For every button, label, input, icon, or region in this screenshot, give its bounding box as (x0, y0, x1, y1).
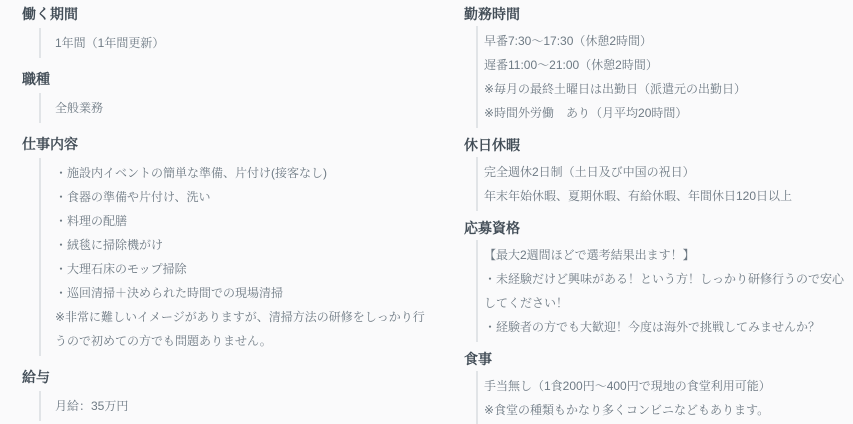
body-line: うので初めての方でも問題ありません。 (55, 329, 432, 353)
section-holidays: 休日休暇 完全週休2日制（土日及び中国の祝日） 年末年始休暇、夏期休暇、有給休暇… (464, 138, 853, 211)
section-body: 早番7:30～17:30（休憩2時間） 遅番11:00～21:00（休憩2時間）… (476, 26, 853, 128)
body-line: ・未経験だけど興味がある！という方！しっかり研修行うので安心 (484, 267, 853, 291)
section-job-type: 職種 全般業務 (22, 72, 432, 123)
body-line: ※非常に難しいイメージがありますが、清掃方法の研修をしっかり行 (55, 305, 432, 329)
section-body: 【最大2週間ほどで選考結果出ます！】 ・未経験だけど興味がある！という方！しっか… (476, 240, 853, 342)
section-heading: 勤務時間 (464, 7, 853, 22)
section-heading: 応募資格 (464, 221, 853, 236)
section-heading: 働く期間 (22, 7, 432, 22)
body-line: 完全週休2日制（土日及び中国の祝日） (484, 160, 853, 184)
body-line: ・絨毯に掃除機がけ (55, 233, 432, 257)
section-work-period: 働く期間 1年間（1年間更新） (22, 7, 432, 58)
job-description-panel: 働く期間 1年間（1年間更新） 職種 全般業務 仕事内容 ・施設内イベントの簡単… (0, 0, 853, 424)
body-line: 【最大2週間ほどで選考結果出ます！】 (484, 243, 853, 267)
body-line: ・食器の準備や片付け、洗い (55, 185, 432, 209)
section-heading: 仕事内容 (22, 137, 432, 152)
body-line: ※毎月の最終土曜日は出勤日（派遣元の出勤日） (484, 77, 853, 101)
column-left: 働く期間 1年間（1年間更新） 職種 全般業務 仕事内容 ・施設内イベントの簡単… (0, 7, 432, 424)
body-line: 年末年始休暇、夏期休暇、有給休暇、年間休日120日以上 (484, 184, 853, 208)
section-heading: 食事 (464, 352, 853, 367)
section-working-hours: 勤務時間 早番7:30～17:30（休憩2時間） 遅番11:00～21:00（休… (464, 7, 853, 128)
body-line: 1年間（1年間更新） (55, 31, 432, 55)
body-line: ※時間外労働 あり（月平均20時間） (484, 101, 853, 125)
body-line: してください！ (484, 291, 853, 315)
section-heading: 給与 (22, 370, 432, 385)
body-line: ・巡回清掃＋決められた時間での現場清掃 (55, 281, 432, 305)
body-line: 全般業務 (55, 96, 432, 120)
body-line: 遅番11:00～21:00（休憩2時間） (484, 53, 853, 77)
body-line: 月給：35万円 (55, 394, 432, 418)
section-job-description: 仕事内容 ・施設内イベントの簡単な準備、片付け(接客なし) ・食器の準備や片付け… (22, 137, 432, 356)
section-body: 月給：35万円 (39, 391, 432, 421)
section-meals: 食事 手当無し（1食200円～400円で現地の食堂利用可能） ※食堂の種類もかな… (464, 352, 853, 424)
body-line: 早番7:30～17:30（休憩2時間） (484, 29, 853, 53)
section-body: 完全週休2日制（土日及び中国の祝日） 年末年始休暇、夏期休暇、有給休暇、年間休日… (476, 157, 853, 211)
body-line: ※食堂の種類もかなり多くコンビニなどもあります。 (484, 398, 853, 422)
section-requirements: 応募資格 【最大2週間ほどで選考結果出ます！】 ・未経験だけど興味がある！という… (464, 221, 853, 342)
body-line: ・料理の配膳 (55, 209, 432, 233)
section-body: 手当無し（1食200円～400円で現地の食堂利用可能） ※食堂の種類もかなり多く… (476, 371, 853, 424)
body-line: ・大理石床のモップ掃除 (55, 257, 432, 281)
section-heading: 職種 (22, 72, 432, 87)
section-body: 1年間（1年間更新） (39, 28, 432, 58)
column-right: 勤務時間 早番7:30～17:30（休憩2時間） 遅番11:00～21:00（休… (432, 7, 853, 424)
body-line: ・施設内イベントの簡単な準備、片付け(接客なし) (55, 161, 432, 185)
section-salary: 給与 月給：35万円 (22, 370, 432, 421)
body-line: 手当無し（1食200円～400円で現地の食堂利用可能） (484, 374, 853, 398)
section-body: ・施設内イベントの簡単な準備、片付け(接客なし) ・食器の準備や片付け、洗い ・… (39, 158, 432, 356)
section-heading: 休日休暇 (464, 138, 853, 153)
body-line: ・経験者の方でも大歓迎！今度は海外で挑戦してみませんか？ (484, 315, 853, 339)
section-body: 全般業務 (39, 93, 432, 123)
